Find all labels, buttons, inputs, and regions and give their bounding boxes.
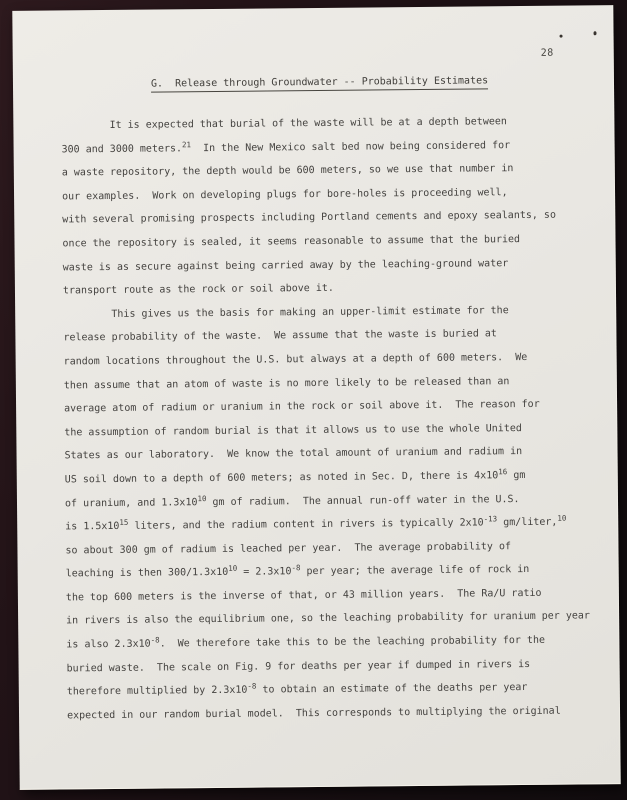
section-heading: G. Release through Groundwater -- Probab… (151, 75, 488, 92)
document-lines: It is expected that burial of the waste … (61, 109, 612, 728)
page-number: 28 (541, 48, 554, 59)
dust-speck (593, 31, 596, 35)
dust-speck (560, 35, 563, 38)
document-page: 28 G. Release through Groundwater -- Pro… (12, 5, 620, 790)
scan-backdrop: 28 G. Release through Groundwater -- Pro… (0, 0, 627, 800)
text-line: expected in our random burial model. Thi… (67, 699, 612, 728)
